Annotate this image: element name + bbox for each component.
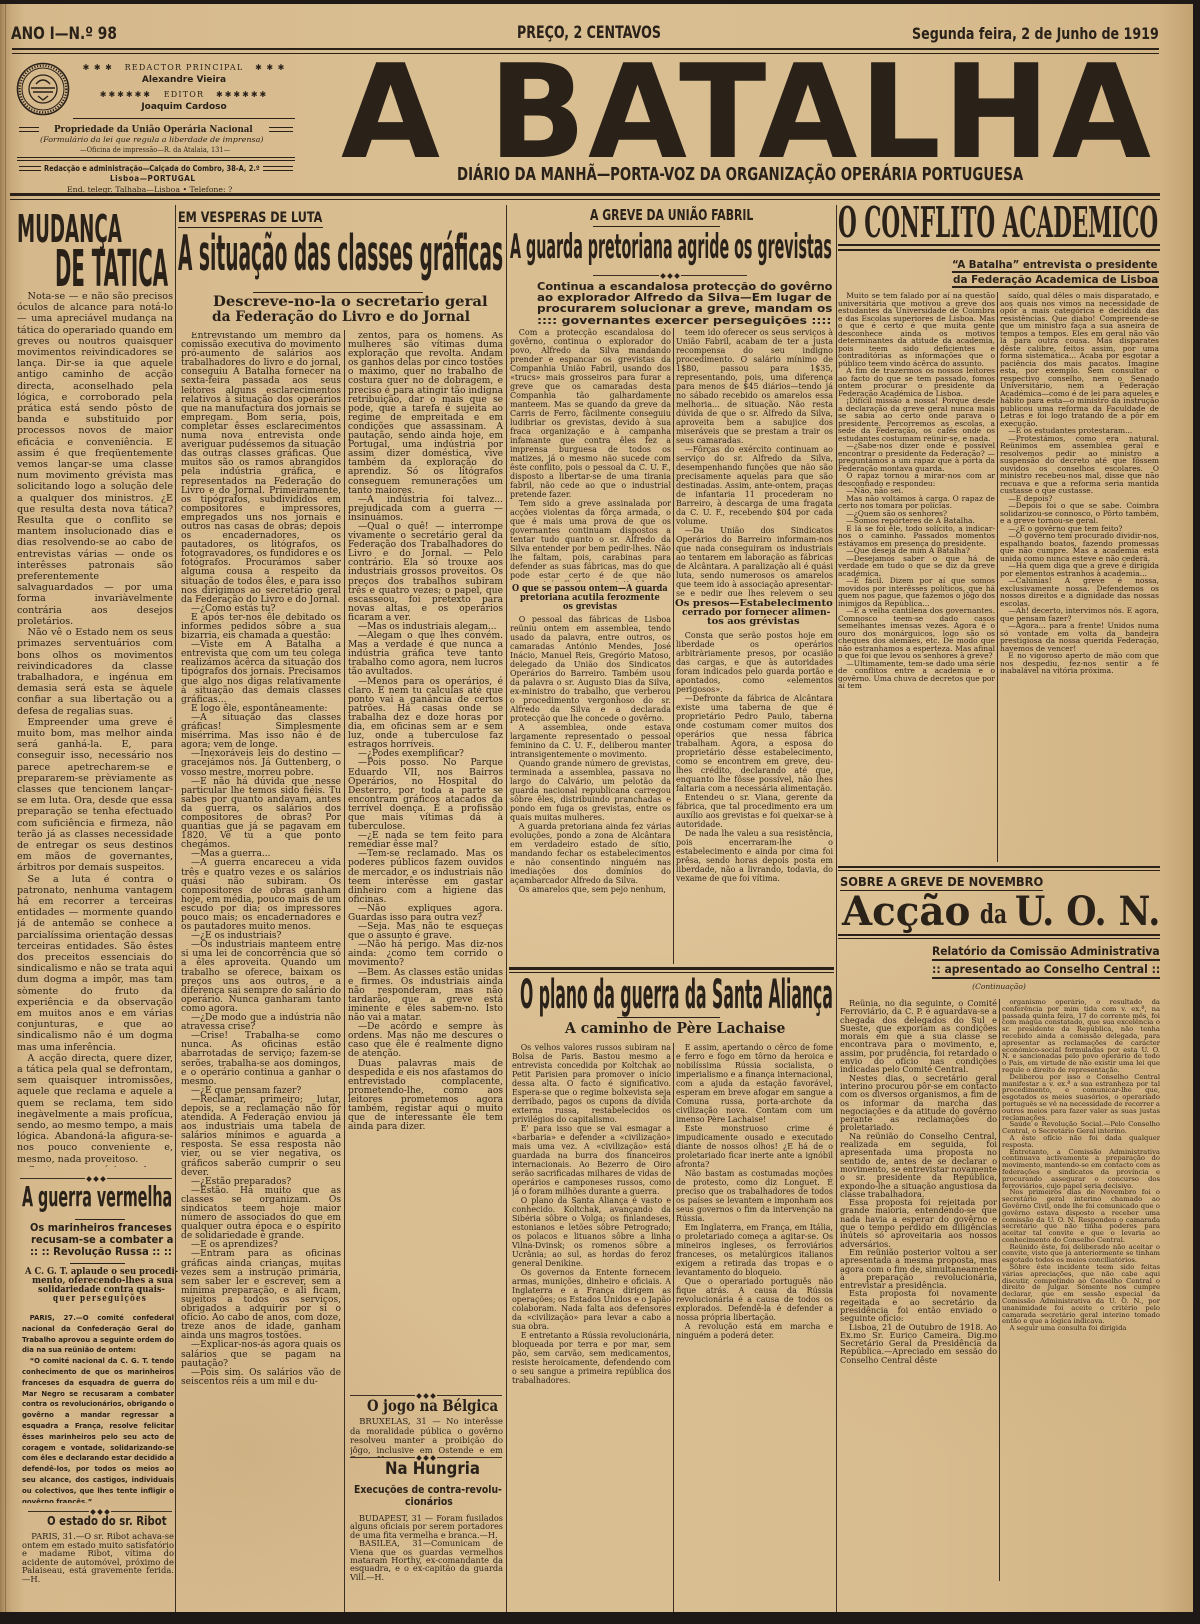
issue-number: ANO I—N.º 98 — [11, 26, 117, 43]
paragraph: A fim de trazermos os nossos leitores ao… — [838, 367, 995, 397]
paragraph: Tem sido a greve assinalada por acções v… — [510, 499, 671, 582]
paragraph: Lisboa, 21 de Outubro de 1918. Ao Ex.mo … — [840, 1323, 997, 1364]
section-double-rule — [838, 866, 1160, 868]
asterisk-star-icon — [100, 90, 152, 99]
decorative-bars — [19, 166, 41, 171]
paragraph: Entendeu o sr. Viana, gerente da fábrica… — [676, 793, 833, 829]
asterisk-star-icon — [83, 63, 113, 72]
article-body-col-b: organismo operário, o resultado da confe… — [1002, 999, 1160, 1581]
paragraph: —Explicar-nos-ás agora quais os salários… — [181, 1341, 341, 1368]
paragraph: —Fôrças do exército continuam ao serviço… — [676, 445, 833, 526]
article-body: BUDAPEST, 31 — Foram fusilados alguns of… — [350, 1514, 503, 1580]
paragraph: —De acôrdo e sempre às ordens. Mas não m… — [348, 1023, 503, 1059]
editor-line: EDITOR — [73, 90, 295, 99]
owner-line: Propriedade da União Operária Nacional — [54, 125, 253, 135]
article-headline: O CONFLITO ACADEMICO — [838, 202, 1158, 244]
paragraph: —Entram para as oficinas gráficas ainda … — [181, 1250, 341, 1341]
paragraph: E' para isso que se vai esmagar a «barba… — [512, 1124, 671, 1196]
paragraph: BRUXELAS, 31 — No interêsse da moralidad… — [350, 1417, 503, 1457]
paragraph: —Estão. Há muito que as classes se organ… — [181, 1187, 341, 1242]
paragraph: —Menos para os operários, é claro. E nem… — [348, 678, 503, 751]
headline-double-rule — [838, 938, 1160, 939]
column-rule — [506, 205, 507, 1612]
column-rule — [673, 328, 674, 964]
paragraph: “O comité nacional da C. G. T. tendo con… — [22, 1356, 174, 1503]
decorative-bars — [19, 127, 39, 132]
paragraph: E após ter-nos êle debitado os informes … — [181, 614, 341, 641]
editor-name: Joaquim Cardoso — [73, 102, 295, 112]
print-shop-address: —Oficina de impressão—R. da Atalaia, 131… — [80, 146, 230, 154]
paragraph: —O govêrno tem procurado dividir-nos, es… — [1000, 532, 1159, 562]
paragraph: —Há quem diga que a greve é dirigida por… — [1000, 562, 1159, 577]
paragraph: —Protestámos, como era natural. Reünimos… — [1000, 435, 1159, 495]
paragraph: —A indústria foi talvez... prejudicada c… — [348, 496, 503, 523]
paragraph: Que o operariado português não fique atr… — [676, 1277, 833, 1322]
paragraph: E no vigoroso aperto de mão com que nos … — [1000, 652, 1159, 675]
paragraph: —Bem. As classes estão unidas e firmes. … — [348, 969, 503, 1024]
paragraph: A seguir uma consulta foi dirigida — [1002, 1325, 1160, 1332]
paragraph: A assemblea, onde estava largamente repr… — [510, 723, 671, 759]
decorative-bars — [263, 166, 293, 171]
article-headline: O plano da guerra da Santa Aliança — [520, 975, 833, 1015]
column-rule — [673, 1043, 674, 1612]
paragraph: Os governos da Entente fornecem armas, m… — [512, 1268, 671, 1331]
paragraph: —¿De modo que a indústria não atravessa … — [181, 1014, 341, 1032]
paragraph: —Da União dos Sindicatos Operários do Ba… — [676, 526, 833, 596]
paragraph: Nestes dias, o secretário geral interino… — [840, 1074, 997, 1132]
paragraph: —É fácil. Dizem por aí que somos movidos… — [838, 577, 995, 607]
diamond-ornament-icon — [593, 272, 747, 279]
paragraph: Saúde e Revolução Social.—Pelo Conselho … — [1002, 1121, 1160, 1135]
paragraph: —E não há dúvida que nesse particular lh… — [181, 778, 341, 851]
paragraph: Entretanto, a Comissão Administrativa co… — [1002, 1149, 1160, 1190]
paragraph: A guarda pretoriana ainda fez várias evo… — [510, 822, 671, 885]
short-rule — [75, 1219, 125, 1220]
office-address: Redacção e administração—Calçada do Comb… — [44, 165, 260, 173]
paragraph: Mas não voltámos à carga. O rapaz de cer… — [838, 495, 995, 510]
paragraph: —Os industriais manteem entre si uma lei… — [181, 941, 341, 1014]
editor-label: EDITOR — [156, 90, 213, 99]
headline-double-rule — [838, 249, 1160, 251]
paragraph: —Seja. Mas não te esqueças que o assunto… — [348, 923, 503, 941]
paragraph: Os amarelos que, sem pejo nenhum, — [510, 885, 671, 894]
seal-icon — [16, 62, 70, 116]
paragraph: Sôbre êste incidente teem sido feitas vá… — [1002, 1264, 1160, 1325]
decorative-bars — [269, 127, 293, 132]
column-rule — [836, 205, 837, 1612]
paragraph: Reünia, no dia seguinte, o Comité Ferrov… — [840, 999, 997, 1074]
article-deck-line: :: apresentado ao Conselho Central :: — [932, 964, 1160, 976]
paragraph: —Defronte da fábrica de Alcântara existe… — [676, 694, 833, 793]
article-deck-line: Relatório da Comissão Administrativa — [932, 946, 1160, 958]
paragraph: Duas palavras mais de despedida e eis no… — [348, 1060, 503, 1133]
article-body-col-b: zentos, para os homens. As mulheres são … — [348, 332, 503, 1388]
article-headline: DE TATICA — [55, 244, 168, 295]
section-double-rule — [838, 870, 1160, 871]
scan-edge-top — [0, 0, 1200, 4]
paragraph: Essa proposta foi rejeitada por grande m… — [840, 1198, 997, 1248]
scan-edge-bottom — [0, 1612, 1200, 1624]
article-body: Nota-se — e não são precisos óculos de a… — [17, 291, 173, 1167]
legal-note: (Formulário da lei que regula a liberdad… — [40, 136, 264, 144]
headline-double-rule — [838, 244, 1160, 246]
paragraph: BUDAPEST, 31 — Foram fusilados alguns of… — [350, 1514, 503, 1539]
paragraph: O pessoal das fábricas de Lisboa reüniu … — [510, 615, 671, 723]
paragraph: —Reclamar, primeiro; lutar, depois, se a… — [181, 1096, 341, 1178]
article-headline: A situação das classes gráficas — [178, 229, 503, 278]
paragraph: A acção directa, quere dizer, a tática p… — [17, 1053, 173, 1165]
editor-box-rule — [17, 157, 295, 158]
article-body-col-a: Entrevistando um membro da comissão exec… — [181, 332, 341, 1582]
paragraph: PARIS, 27.—O comité confederal nacional … — [22, 1313, 174, 1356]
paragraph: E lá se foi êle, todo solícito, a indica… — [838, 525, 995, 548]
paragraph: —Desejamos saber o que há de verdade em … — [838, 555, 995, 578]
paragraph: Contem as várias classes produtoras com … — [17, 1165, 173, 1167]
paragraph: —Não expliques agora. Guardas isso para … — [348, 905, 503, 923]
article-headline: Na Hungria — [385, 1461, 480, 1478]
paragraph: Quando grande número de grevistas, termi… — [510, 759, 671, 822]
deck-underline — [952, 286, 1159, 288]
paragraph: BASILEA, 31—Comunicam de Viena que os gu… — [350, 1539, 503, 1580]
article-headline: O jogo na Bélgica — [367, 1398, 498, 1414]
article-headline: O estado do sr. Ribot — [47, 1515, 167, 1527]
newspaper-page: ANO I—N.º 98 PREÇO, 2 CENTAVOS Segunda f… — [0, 0, 1200, 1624]
paragraph: Esta proposta foi novamente regeitada e … — [840, 1289, 997, 1322]
paragraph: Reünido êste, foi deliberado não aceitar… — [1002, 1244, 1160, 1264]
newspaper-tagline: DIÁRIO DA MANHÃ—PORTA-VOZ DA ORGANIZAÇÃO… — [457, 166, 1023, 184]
headline-rule — [253, 292, 423, 293]
article-kicker: SOBRE A GREVE DE NOVEMBRO — [840, 876, 1043, 888]
paragraph: Em Inglaterra, em França, em Itália, o p… — [676, 1223, 833, 1277]
article-deck-line: Execuções de contra-revolu- — [354, 1485, 502, 1496]
paragraph: —A situação das classes gráficas! Simple… — [181, 714, 341, 750]
paragraph: —Agora... para a frente! Unidos numa só … — [1000, 622, 1159, 652]
article-deck-line: da Federação do Livro e do Jornal — [212, 311, 470, 325]
paragraph: A êste ofício não foi dada qualquer resp… — [1002, 1135, 1160, 1149]
paragraph: Entrevistando um membro da comissão exec… — [181, 332, 341, 605]
masthead-bottom-rule — [10, 193, 1160, 196]
paragraph: Na reünião do Conselho Central, realizad… — [840, 1132, 997, 1198]
paragraph: Empreender uma greve é muito bom, mas me… — [17, 717, 173, 874]
deck-underline — [932, 977, 1160, 979]
paragraph: E entretanto a Rússia revolucionária, bl… — [512, 1331, 671, 1385]
deck-underline — [932, 959, 1160, 961]
article-body: PARIS, 31.—O sr. Ribot achava-se ontem e… — [22, 1532, 174, 1584]
article-deck: A caminho de Père Lachaise — [565, 1021, 785, 1036]
paragraph: —Inexoráveis leis do destino — gracejámo… — [181, 750, 341, 777]
paragraph: Nota-se — e não são precisos óculos de a… — [17, 291, 173, 627]
article-deck-line: Descreve-no-la o secretario geral — [213, 296, 488, 310]
article-body-col-b: E assim, apertando o cêrco de fome e fer… — [676, 1043, 833, 1613]
redactor-label: REDACTOR PRINCIPAL — [117, 63, 252, 72]
paragraph: —Não há perigo. Mas diz-nos ainda: ¿como… — [348, 941, 503, 968]
article-deck-line: Os marinheiros franceses — [30, 1223, 172, 1234]
paragraph: ¡Difícil missão a nossa! Porque desde a … — [838, 397, 995, 442]
article-body-col-a: O pessoal das fábricas de Lisboa reüniu … — [510, 615, 671, 965]
page-fold-shadow — [5, 0, 6, 1612]
article-deck-line: da Federação Academica de Lisboa — [953, 274, 1158, 285]
article-body-col-a: Com a protecção escandalosa do govêrno, … — [510, 328, 671, 582]
article-deck-line: “A Batalha” entrevista o presidente — [952, 259, 1158, 270]
column-rule — [344, 330, 345, 1612]
article-deck-line: :: :: Revolução Russa :: :: — [30, 1247, 172, 1258]
article-body: BRUXELAS, 31 — No interêsse da moralidad… — [350, 1417, 503, 1457]
article-body: PARIS, 27.—O comité confederal nacional … — [22, 1313, 174, 1503]
paragraph: O rapaz tornou a mirar-nos com ar descon… — [838, 472, 995, 487]
office-city: Lisboa—PORTUGAL — [110, 175, 196, 183]
asterisk-star-icon — [255, 63, 285, 72]
paragraph: Os velhos valores russos subiram na Bols… — [512, 1043, 671, 1124]
paragraph: —Qual o quê! — interrompe vivamente o se… — [348, 523, 503, 623]
paragraph: Não bastam as costumadas moções de prote… — [676, 1169, 833, 1223]
paragraph: E assim, apertando o cêrco de fome e fer… — [676, 1043, 833, 1124]
article-headline: A guarda pretoriana agride os grevistas — [510, 230, 832, 264]
paragraph: —Pois sim. Os salários vão de seiscentos… — [181, 1369, 341, 1387]
article-headline-part: Acção — [842, 892, 970, 932]
article-subdeck-line: quer perseguições — [53, 1295, 147, 1304]
headline-rule — [617, 1017, 720, 1018]
paragraph: organismo operário, o resultado da confe… — [1002, 999, 1160, 1074]
continuation-note: (Continuação) — [838, 983, 1160, 991]
paragraph: Este monstruoso crime é impudicamente ou… — [676, 1124, 833, 1169]
article-kicker: EM VESPERAS DE LUTA — [178, 211, 322, 225]
article-deck-line: cionários — [405, 1497, 453, 1508]
paragraph: —É a velha cantilena dos governantes. Co… — [838, 607, 995, 660]
headline-double-rule — [838, 934, 1160, 936]
paragraph: O plano da Santa Aliança é vasto e conhe… — [512, 1196, 671, 1268]
section-heavy-rule — [509, 967, 834, 970]
column-rule — [997, 292, 998, 862]
short-rule — [70, 1263, 125, 1264]
article-body-col-a: Os velhos valores russos subiram na Bols… — [512, 1043, 671, 1613]
section-subhead-line: tos aos grévistas — [707, 617, 800, 627]
paragraph: Deliberou por isso o Conselho Central ma… — [1002, 1074, 1160, 1122]
paragraph: De nada lhe valeu a sua resistência, poi… — [676, 829, 833, 883]
paragraph: —Depois foi o que se sabe. Coimbra solid… — [1000, 502, 1159, 525]
article-deck-line: recusam-se a combater a — [31, 1235, 173, 1246]
paragraph: —Ah! decerto, intervimos nós. E agora, q… — [1000, 607, 1159, 622]
article-deck-line: :::: governantes exercer perseguições ::… — [537, 315, 831, 326]
article-headline-part: U. O. N. — [1015, 892, 1160, 932]
paragraph: Nos primeiros dias de Novembro foi o sec… — [1002, 1189, 1160, 1243]
paragraph: —A guerra encareceu a vida três e quatro… — [181, 859, 341, 932]
paragraph: teem ido oferecer os seus serviços à Uni… — [676, 328, 833, 445]
paragraph: Em reünião posterior voltou a ser aprese… — [840, 1248, 997, 1289]
article-body-col-b: saído, qual dêles o mais disparatado, e … — [1000, 292, 1159, 862]
article-body-col-b: Consta que serão postos hoje em liberdad… — [676, 631, 833, 965]
paragraph: —Viste em A Batalha a entrevista que com… — [181, 641, 341, 705]
paragraph: —Calúnias! A greve é nossa, exclusivamen… — [1000, 577, 1159, 607]
article-body-col-b: teem ido oferecer os seus serviços à Uni… — [676, 328, 833, 596]
paragraph: Se a luta é contra o patronato, nenhuma … — [17, 874, 173, 1053]
column-rule — [999, 999, 1000, 1581]
scan-edge-right — [1193, 0, 1200, 1624]
newspaper-title: A BATALHA — [341, 47, 1153, 177]
redactor-line: REDACTOR PRINCIPAL — [73, 63, 295, 72]
paragraph: —Tem-se reclamado. Mas os poderes públic… — [348, 850, 503, 905]
column-rule — [175, 205, 176, 1612]
paragraph: zentos, para os homens. As mulheres são … — [348, 332, 503, 496]
editor-box-rule — [17, 160, 295, 161]
article-body-col-a: Muito se tem falado por aí na questão un… — [838, 292, 995, 862]
paragraph: —Crise! Trabalha-se como nunca. As ofici… — [181, 1032, 341, 1087]
asterisk-star-icon — [216, 90, 268, 99]
article-headline-part: da — [980, 902, 1007, 928]
paragraph: A revolução está em marcha e ninguém a p… — [676, 1322, 833, 1340]
paragraph: Não vê o Estado nem os seus primazes ser… — [17, 627, 173, 717]
editor-box-rule — [73, 118, 295, 119]
paragraph: —¿Sabe-nos dizer onde é possível encontr… — [838, 442, 995, 472]
redactor-name: Alexandre Vieira — [73, 75, 295, 85]
paragraph: Consta que serão postos hoje em liberdad… — [676, 631, 833, 694]
article-deck-line: procurarem solucionar a greve, mandam os — [537, 303, 832, 314]
paragraph: —¿E nada se tem feito para remediar êsse… — [348, 832, 503, 850]
paragraph: —Pois posso. No Parque Eduardo VII, nos … — [348, 759, 503, 832]
paragraph: —Alegam o que lhes convém. Mas a verdade… — [348, 632, 503, 677]
article-kicker: A GREVE DA UNIÃO FABRIL — [590, 208, 753, 223]
paragraph: Com a protecção escandalosa do govêrno, … — [510, 328, 671, 499]
section-subhead-line: os grevistas — [563, 602, 617, 612]
article-headline: A guerra vermelha — [22, 1183, 172, 1211]
article-body-col-a: Reünia, no dia seguinte, o Comité Ferrov… — [840, 999, 997, 1581]
paragraph: —Ultimamente, tem-se dado uma série de c… — [838, 660, 995, 690]
paragraph: saído, qual dêles o mais disparatado, e … — [1000, 292, 1159, 427]
paragraph: PARIS, 31.—O sr. Ribot achava-se ontem e… — [22, 1532, 174, 1584]
paragraph: Muito se tem falado por aí na questão un… — [838, 292, 995, 367]
